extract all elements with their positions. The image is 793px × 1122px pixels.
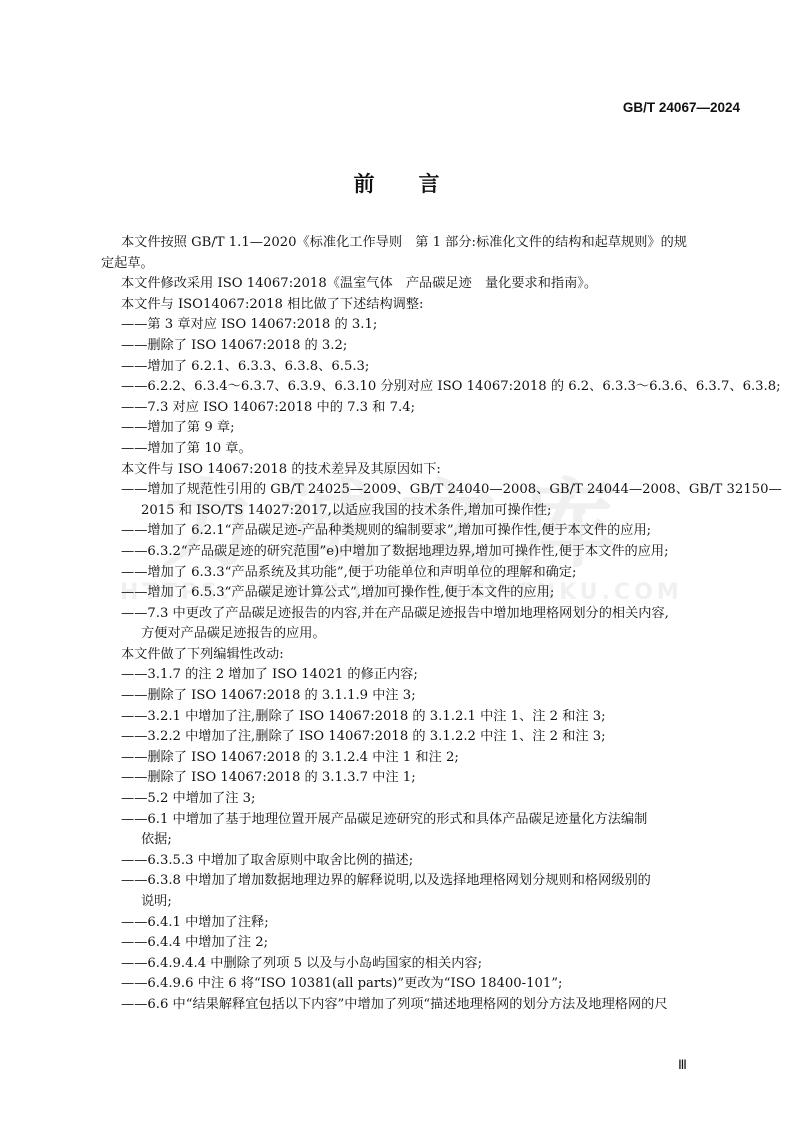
document-code: GB/T 24067—2024 [623, 100, 740, 115]
list-item: ——6.6 中“结果解释宜包括以下内容”中增加了列项“描述地理格网的划分方法及地… [101, 995, 701, 1016]
paragraph-line: 本文件做了下列编辑性改动: [101, 645, 701, 666]
foreword-body: 本文件按照 GB/T 1.1—2020《标准化工作导则 第 1 部分:标准化文件… [101, 233, 701, 1016]
list-item: ——6.1 中增加了基于地理位置开展产品碳足迹研究的形式和具体产品碳足迹量化方法… [101, 810, 701, 831]
list-item: ——6.4.9.6 中注 6 将“ISO 10381(all parts)”更改… [101, 974, 701, 995]
list-item: ——6.4.9.4.4 中删除了列项 5 以及与小岛屿国家的相关内容; [101, 954, 701, 975]
list-item: ——3.2.2 中增加了注,删除了 ISO 14067:2018 的 3.1.2… [101, 727, 701, 748]
list-item: ——增加了 6.2.1、6.3.3、6.3.8、6.5.3; [101, 357, 701, 378]
title-char-1: 前 [354, 168, 375, 198]
list-item: ——6.3.2“产品碳足迹的研究范围”e)中增加了数据地理边界,增加可操作性,便… [101, 542, 701, 563]
list-item-continuation: 说明; [101, 892, 701, 913]
list-item-continuation: 方便对产品碳足迹报告的应用。 [101, 624, 701, 645]
list-item: ——6.4.1 中增加了注释; [101, 913, 701, 934]
list-item: ——5.2 中增加了注 3; [101, 789, 701, 810]
list-item-continuation: 2015 和 ISO/TS 14027:2017,以适应我国的技术条件,增加可操… [101, 501, 701, 522]
list-item: ——删除了 ISO 14067:2018 的 3.1.1.9 中注 3; [101, 686, 701, 707]
list-item: ——增加了第 10 章。 [101, 439, 701, 460]
list-item: ——3.1.7 的注 2 增加了 ISO 14021 的修正内容; [101, 665, 701, 686]
list-item-continuation: 依据; [101, 830, 701, 851]
paragraph-line: 本文件与 ISO 14067:2018 的技术差异及其原因如下: [101, 460, 701, 481]
list-item: ——增加了规范性引用的 GB/T 24025—2009、GB/T 24040—2… [101, 480, 701, 501]
list-item: ——7.3 中更改了产品碳足迹报告的内容,并在产品碳足迹报告中增加地理格网划分的… [101, 604, 701, 625]
list-item: ——删除了 ISO 14067:2018 的 3.1.3.7 中注 1; [101, 768, 701, 789]
list-item: ——3.2.1 中增加了注,删除了 ISO 14067:2018 的 3.1.2… [101, 707, 701, 728]
list-item: ——删除了 ISO 14067:2018 的 3.1.2.4 中注 1 和注 2… [101, 748, 701, 769]
list-item: ——6.3.5.3 中增加了取舍原则中取舍比例的描述; [101, 851, 701, 872]
list-item: ——增加了第 9 章; [101, 418, 701, 439]
title-char-2: 言 [419, 168, 440, 198]
list-item: ——第 3 章对应 ISO 14067:2018 的 3.1; [101, 315, 701, 336]
list-item: ——7.3 对应 ISO 14067:2018 中的 7.3 和 7.4; [101, 398, 701, 419]
page-number: Ⅲ [678, 1057, 687, 1073]
list-item: ——6.3.8 中增加了增加数据地理边界的解释说明,以及选择地理格网划分规则和格… [101, 871, 701, 892]
list-item: ——增加了 6.2.1“产品碳足迹-产品种类规则的编制要求”,增加可操作性,便于… [101, 521, 701, 542]
page-title: 前言 [0, 168, 793, 198]
list-item: ——增加了 6.5.3“产品碳足迹计算公式”,增加可操作性,便于本文件的应用; [101, 583, 701, 604]
paragraph-line: 本文件修改采用 ISO 14067:2018《温室气体 产品碳足迹 量化要求和指… [101, 274, 701, 295]
list-item: ——6.4.4 中增加了注 2; [101, 933, 701, 954]
list-item: ——6.2.2、6.3.4～6.3.7、6.3.9、6.3.10 分别对应 IS… [101, 377, 701, 398]
paragraph-line: 本文件按照 GB/T 1.1—2020《标准化工作导则 第 1 部分:标准化文件… [101, 233, 701, 254]
paragraph-line: 本文件与 ISO14067:2018 相比做了下述结构调整: [101, 295, 701, 316]
paragraph-line: 定起草。 [101, 254, 701, 275]
list-item: ——增加了 6.3.3“产品系统及其功能”,便于功能单位和声明单位的理解和确定; [101, 563, 701, 584]
list-item: ——删除了 ISO 14067:2018 的 3.2; [101, 336, 701, 357]
